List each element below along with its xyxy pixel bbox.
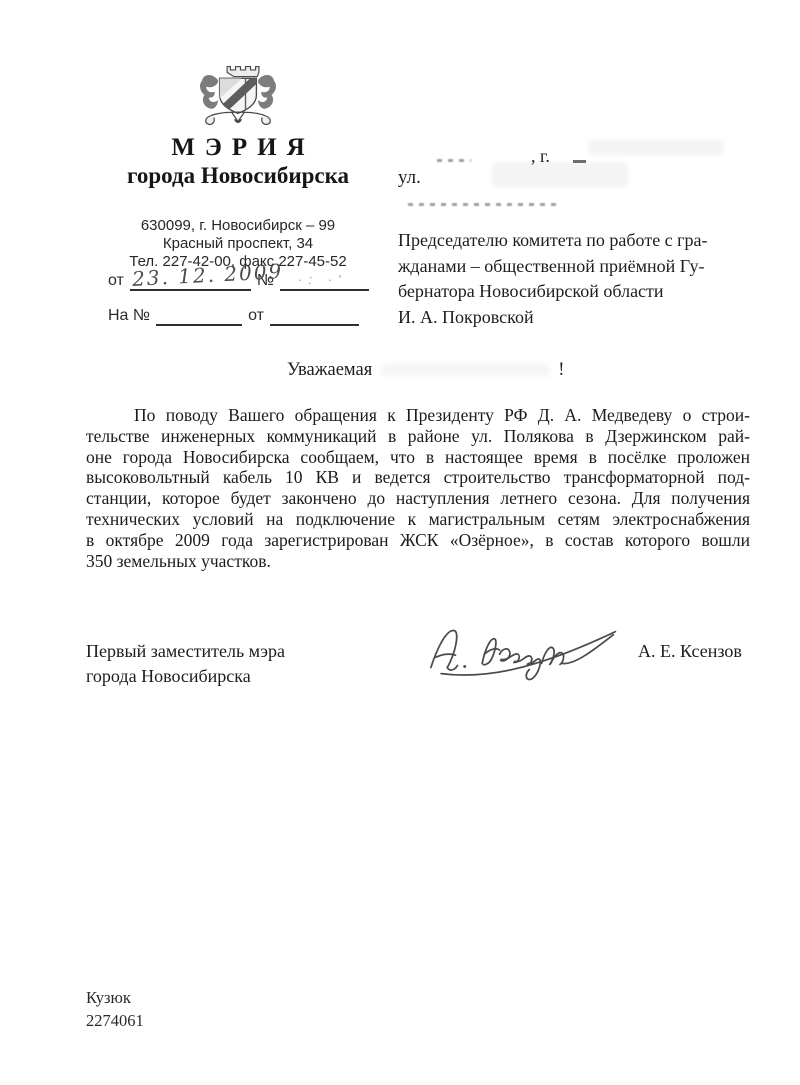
salutation-suffix: ! (558, 360, 564, 380)
recipient-block: Председателю комитета по работе с гра- ж… (398, 228, 752, 330)
recipient-name: И. А. Покровской (398, 305, 752, 331)
incoming-reference-row: На № от (108, 307, 365, 326)
from-label: от (108, 272, 124, 291)
number-blank-line: ·: ·' (280, 272, 369, 291)
outgoing-reference-row: от 23. 12. 2009 № ·: ·' (108, 272, 375, 291)
body-line: технических условий на подключение к маг… (86, 509, 750, 530)
signer-title-block: Первый заместитель мэра города Новосибир… (86, 639, 285, 689)
org-name: МЭРИЯ (60, 134, 416, 162)
redacted-smudge (588, 140, 724, 155)
body-line: в октябре 2009 года зарегистрирован ЖСК … (86, 530, 750, 551)
redacted-text-marks (437, 159, 471, 162)
executor-name: Кузюк (86, 986, 144, 1009)
body-line: По поводу Вашего обращения к Президенту … (86, 405, 750, 426)
letterhead: МЭРИЯ города Новосибирска 630099, г. Нов… (60, 58, 416, 271)
org-subname: города Новосибирска (60, 163, 416, 189)
salutation: Уважаемая! (287, 360, 564, 381)
body-line: 350 земельных участков. (86, 551, 750, 572)
signature-autograph (408, 606, 628, 688)
recipient-line: бернатора Новосибирской области (398, 279, 752, 305)
reply-number-label: На № (108, 307, 150, 326)
salutation-prefix: Уважаемая (287, 360, 372, 380)
handwritten-number-marks: ·: ·' (298, 272, 346, 287)
reply-from-label: от (248, 307, 264, 326)
signer-title-line: города Новосибирска (86, 664, 285, 689)
body-line: оне города Новосибирска сообщаем, что в … (86, 447, 750, 468)
redacted-text-marks (408, 203, 558, 206)
date-blank-line: 23. 12. 2009 (130, 272, 251, 291)
redacted-name-smudge (382, 363, 550, 376)
recipient-line: Председателю комитета по работе с гра- (398, 228, 752, 254)
addressee-street-label: ул. (398, 167, 421, 189)
letter-body: По поводу Вашего обращения к Президенту … (86, 405, 750, 571)
novosibirsk-coat-of-arms-icon (192, 58, 284, 132)
executor-phone: 2274061 (86, 1009, 144, 1032)
executor-block: Кузюк 2274061 (86, 986, 144, 1032)
reply-date-blank-line (270, 307, 359, 326)
scanned-letter-page: МЭРИЯ города Новосибирска 630099, г. Нов… (0, 0, 800, 1085)
signer-title-line: Первый заместитель мэра (86, 639, 285, 664)
org-address-line: 630099, г. Новосибирск – 99 (60, 217, 416, 235)
body-line: станции, которое будет закончено до наст… (86, 488, 750, 509)
signatory-name: А. Е. Ксензов (638, 641, 742, 662)
org-address-line: Красный проспект, 34 (60, 235, 416, 253)
body-line: высоковольтный кабель 10 КВ и ведется ст… (86, 467, 750, 488)
reply-number-blank-line (156, 307, 242, 326)
body-line: тельстве инженерных коммуникаций в район… (86, 426, 750, 447)
recipient-line: жданами – общественной приёмной Гу- (398, 254, 752, 280)
redacted-smudge (492, 162, 628, 187)
